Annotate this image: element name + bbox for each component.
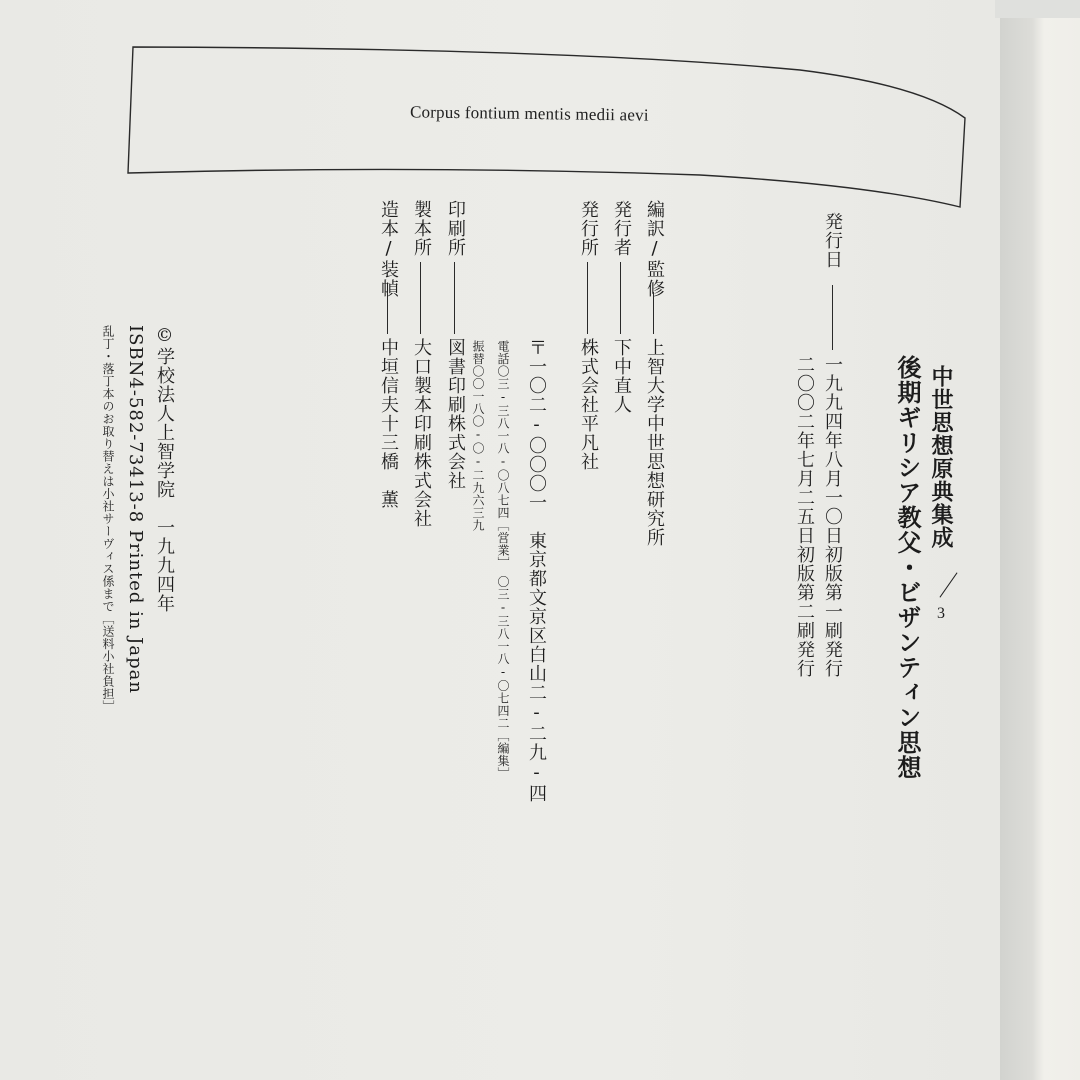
- first-printing-date: 一九九四年八月一〇日初版第一刷発行: [823, 355, 841, 678]
- leader-line: [620, 262, 621, 334]
- production-value-binder: 大口製本印刷株式会社: [412, 338, 430, 528]
- second-printing-date: 二〇〇二年七月二五日初版第二刷発行: [795, 355, 813, 678]
- credit-value-publisher: 株式会社平凡社: [579, 338, 597, 471]
- production-label-design: 造本/装幀: [379, 200, 397, 298]
- series-title: 中世思想原典集成: [930, 365, 952, 549]
- credit-label-publisher-person: 発行者: [612, 200, 630, 257]
- leader-line: [653, 292, 654, 334]
- leader-line: [387, 292, 388, 334]
- leader-line: [454, 262, 455, 334]
- main-title: 後期ギリシア教父・ビザンティン思想: [895, 355, 919, 780]
- isbn-line: ISBN4-582-73413-8 Printed in Japan: [126, 325, 144, 694]
- transfer-account: 振替〇〇一八〇-〇-二九六三九: [472, 340, 484, 532]
- volume-number: 3: [937, 605, 945, 623]
- latin-series-title: Corpus fontium mentis medii aevi: [410, 102, 649, 125]
- production-value-printer: 図書印刷株式会社: [446, 338, 464, 490]
- production-label-binder: 製本所: [412, 200, 430, 257]
- replacement-notice: 乱丁・落丁本のお取り替えは小社サーヴィス係まで［送料小社負担］: [102, 325, 114, 713]
- credit-label-editor: 編訳/監修: [645, 200, 663, 298]
- leader-line: [832, 285, 833, 350]
- postal-address: 〒一〇二-〇〇〇一 東京都文京区白山二-二九-四: [527, 338, 545, 803]
- credit-value-publisher-person: 下中直人: [612, 338, 630, 414]
- leader-line: [587, 262, 588, 334]
- leader-line: [420, 262, 421, 334]
- production-value-design: 中垣信夫十三橋 薫: [379, 338, 397, 509]
- production-label-printer: 印刷所: [446, 200, 464, 257]
- copyright-line: ©学校法人上智学院 一九九四年: [155, 325, 173, 613]
- phone-numbers: 電話〇三-三八一八-〇八七四［営業］ 〇三-三八一八-〇七四二［編集］: [497, 340, 509, 780]
- credit-value-editor: 上智大学中世思想研究所: [645, 338, 663, 547]
- publication-date-label: 発行日: [823, 212, 841, 269]
- credit-label-publisher: 発行所: [579, 200, 597, 257]
